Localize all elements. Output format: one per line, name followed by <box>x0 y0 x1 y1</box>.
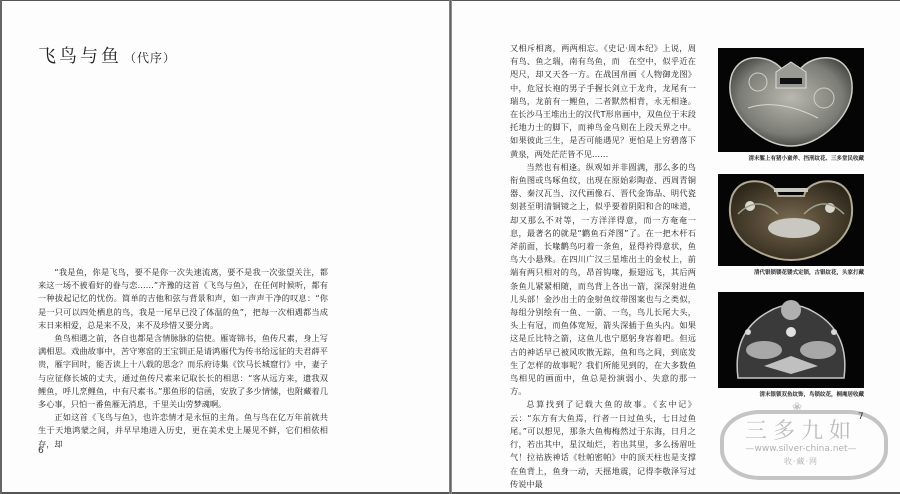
paragraph: 总算找到了记载大鱼的故事。《玄中记》云：“东方有大鱼焉，行者一日过鱼头，七日过鱼… <box>510 398 696 490</box>
paragraph: 当然也有相逢。纵观如并非圆满，那么多的鸟衔鱼图或鸟啄鱼纹，出现在原始彩陶壶、西周… <box>510 161 696 399</box>
figure-caption: 清末錾上有猪小童斧、挡刑纹花、三多堂民收藏 <box>718 154 864 162</box>
knot-icon: ❀ <box>792 400 802 414</box>
bird-lock-icon <box>718 174 864 266</box>
figure-caption: 清末银锁双鱼纹饰，鸟锁纹花，桐庵居收藏 <box>718 390 864 398</box>
paragraph: 鱼鸟相遇之前，各自也都是含情脉脉的信使。雁寄锦书，鱼传尺素，身上写满相思。戏曲故… <box>38 332 328 411</box>
watermark-sub-text: 收·藏·网 <box>716 456 886 467</box>
silver-lock-icon <box>718 48 864 152</box>
title-subtitle: （代序） <box>124 51 176 65</box>
paragraph: 又相斥相离，两两相忘。《史记·周本纪》上说，周有鸟、鱼之瑞，南有鸟鱼，而 在空中… <box>510 42 696 161</box>
openwork-lock-photo <box>718 174 864 266</box>
figure-caption: 清代银锁镂花镂式定锁，古银纹花，头家打藏 <box>718 268 864 276</box>
figure-double-fish-lock: 清末银锁双鱼纹饰，鸟锁纹花，桐庵居收藏 <box>718 292 884 398</box>
page-number-right: 7 <box>858 412 864 422</box>
right-body-text: 又相斥相离，两两相忘。《史记·周本纪》上说，周有鸟、鱼之瑞，南有鸟鱼，而 在空中… <box>510 42 696 491</box>
double-fish-lock-icon <box>718 292 864 388</box>
figure-openwork-lock: 清代银锁镂花镂式定锁，古银纹花，头家打藏 <box>718 174 884 276</box>
left-page: 飞鸟与鱼（代序） “我是鱼，你是飞鸟，要不是你一次失速流离，要不是我一次张望关注… <box>2 0 449 494</box>
watermark-url: —www.silver-china.net— <box>716 444 886 454</box>
engraved-lock-photo <box>718 48 864 152</box>
left-body-text: “我是鱼，你是飞鸟，要不是你一次失速流离，要不是我一次张望关注，都来这一场不被看… <box>38 266 328 451</box>
title-text: 飞鸟与鱼 <box>38 46 122 67</box>
figure-engraved-lock: 清末錾上有猪小童斧、挡刑纹花、三多堂民收藏 <box>718 48 884 162</box>
paragraph: “我是鱼，你是飞鸟，要不是你一次失速流离，要不是我一次张望关注，都来这一场不被看… <box>38 266 328 332</box>
paragraph: 正如这首《飞鸟与鱼》，也许恋情才是永恒的主角。鱼与鸟在亿万年前就共生于天地鸿蒙之… <box>38 411 328 451</box>
double-fish-lock-photo <box>718 292 864 388</box>
page-number-left: 6 <box>38 446 44 456</box>
page-title: 飞鸟与鱼（代序） <box>38 42 176 68</box>
